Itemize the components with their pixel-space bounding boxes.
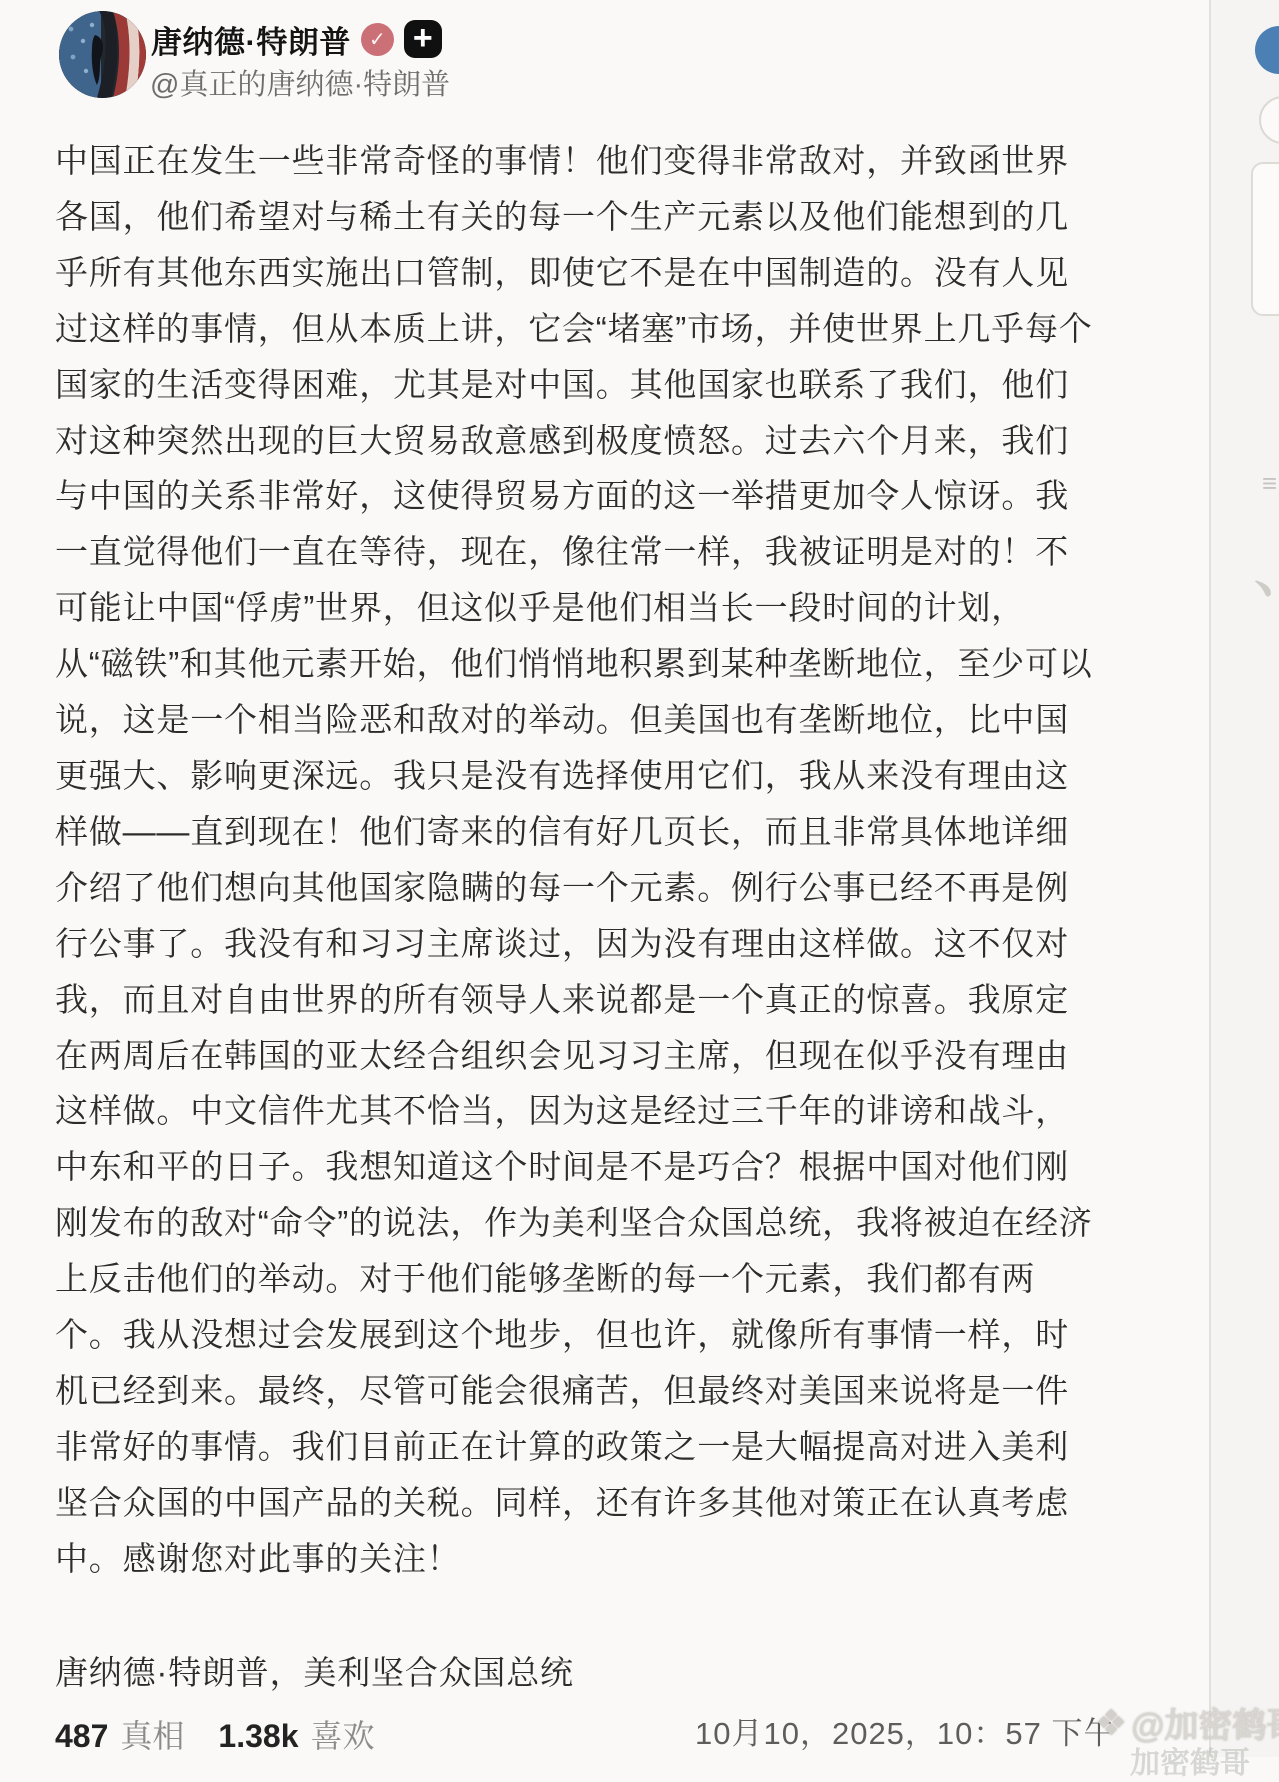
watermark: ❖ @加密鹤哥 [1095, 1698, 1279, 1747]
body-line: 过这样的事情，但从本质上讲，它会“堵塞”市场，并使世界上几乎每个 [55, 301, 1093, 357]
body-line: 中。感谢您对此事的关注！ [55, 1531, 1093, 1587]
body-line: 与中国的关系非常好，这使得贸易方面的这一举措更加令人惊讶。我 [55, 468, 1093, 524]
body-line: 说，这是一个相当险恶和敌对的举动。但美国也有垄断地位，比中国 [55, 692, 1093, 748]
body-line: 刚发布的敌对“命令”的说法，作为美利坚合众国总统，我将被迫在经济 [55, 1195, 1093, 1251]
watermark-text: @加密鹤哥 [1131, 1698, 1279, 1747]
body-line: 机已经到来。最终，尽管可能会很痛苦，但最终对美国来说将是一件 [55, 1363, 1093, 1419]
author-name-row: 唐纳德·特朗普 ✓ + [151, 19, 442, 59]
partial-card-outline [1251, 162, 1279, 316]
partial-blue-avatar-icon [1255, 26, 1279, 74]
diamond-sparkle-icon: ❖ [1095, 1702, 1127, 1744]
body-line: 从“磁铁”和其他元素开始，他们悄悄地积累到某种垄断地位，至少可以 [55, 636, 1093, 692]
american-flag-avatar-image [59, 11, 146, 98]
body-line: 各国，他们希望对与稀土有关的每一个生产元素以及他们能想到的几 [55, 189, 1093, 245]
body-line: 乎所有其他东西实施出口管制，即使它不是在中国制造的。没有人见 [55, 245, 1093, 301]
author-name[interactable]: 唐纳德·特朗普 [151, 17, 351, 62]
avatar[interactable] [59, 11, 146, 98]
post-page: 唐纳德·特朗普 ✓ + @真正的唐纳德·特朗普 中国正在发生一些非常奇怪的事情！… [0, 0, 1279, 1757]
retruths-count[interactable]: 487 [55, 1714, 108, 1757]
body-line: 介绍了他们想向其他国家隐瞒的每一个元素。例行公事已经不再是例 [55, 860, 1093, 916]
body-line: 我，而且对自由世界的所有领导人来说都是一个真正的惊喜。我原定 [55, 972, 1093, 1028]
post-body-text: 中国正在发生一些非常奇怪的事情！他们变得非常敌对，并致函世界 各国，他们希望对与… [55, 133, 1093, 1587]
post-stats-row: 487 真相 1.38k 喜欢 [55, 1714, 375, 1757]
body-line: 一直觉得他们一直在等待，现在，像往常一样，我被证明是对的！不 [55, 524, 1093, 580]
post-signature: 唐纳德·特朗普，美利坚合众国总统 [55, 1645, 574, 1701]
body-line: 国家的生活变得困难，尤其是对中国。其他国家也联系了我们，他们 [55, 357, 1093, 413]
body-line: 行公事了。我没有和习习主席谈过，因为没有理由这样做。这不仅对 [55, 916, 1093, 972]
right-edge-panel: ≡ ﹅ [1209, 0, 1279, 1757]
likes-count[interactable]: 1.38k [218, 1714, 298, 1757]
body-line: 坚合众国的中国产品的关税。同样，还有许多其他对策正在认真考虑 [55, 1475, 1093, 1531]
partial-circle-icon [1259, 96, 1279, 144]
body-line: 这样做。中文信件尤其不恰当，因为这是经过三千年的诽谤和战斗， [55, 1083, 1093, 1139]
faint-glyph-mark: ﹅ [1251, 578, 1275, 602]
body-line: 更强大、影响更深远。我只是没有选择使用它们，我从来没有理由这 [55, 748, 1093, 804]
retruths-label[interactable]: 真相 [120, 1714, 184, 1757]
body-line: 在两周后在韩国的亚太经合组织会见习习主席，但现在似乎没有理由 [55, 1028, 1093, 1084]
body-line: 对这种突然出现的巨大贸易敌意感到极度愤怒。过去六个月来，我们 [55, 413, 1093, 469]
author-handle[interactable]: @真正的唐纳德·特朗普 [150, 62, 450, 103]
verified-badge-icon: ✓ [361, 23, 394, 56]
body-line: 可能让中国“俘虏”世界，但这似乎是他们相当长一段时间的计划， [55, 580, 1093, 636]
likes-label[interactable]: 喜欢 [310, 1714, 374, 1757]
body-line: 上反击他们的举动。对于他们能够垄断的每一个元素，我们都有两 [55, 1251, 1093, 1307]
body-line: 中国正在发生一些非常奇怪的事情！他们变得非常敌对，并致函世界 [55, 133, 1093, 189]
body-line: 非常好的事情。我们目前正在计算的政策之一是大幅提高对进入美利 [55, 1419, 1093, 1475]
faint-menu-icon: ≡ [1262, 470, 1277, 496]
truth-social-plus-icon: + [404, 20, 442, 58]
body-line: 样做——直到现在！他们寄来的信有好几页长，而且非常具体地详细 [55, 804, 1093, 860]
post-timestamp: 10月10，2025，10：57 下午 [695, 1712, 1116, 1756]
body-line: 中东和平的日子。我想知道这个时间是不是巧合？根据中国对他们刚 [55, 1139, 1093, 1195]
body-line: 个。我从没想过会发展到这个地步，但也许，就像所有事情一样，时 [55, 1307, 1093, 1363]
